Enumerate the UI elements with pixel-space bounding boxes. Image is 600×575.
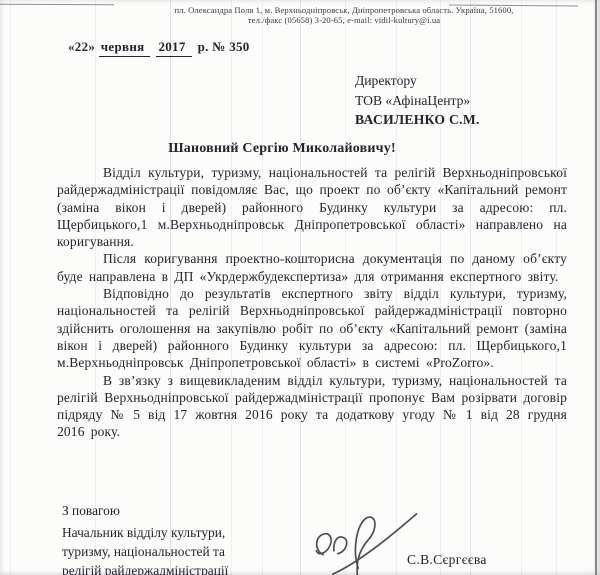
scan-page-edge [595, 0, 597, 575]
body-paragraph-1: Відділ культури, туризму, національносте… [57, 164, 567, 250]
scanned-letter-page: пл. Олександра Поля 1, м. Верхньодніпров… [0, 0, 600, 575]
reference-line: «22» червня2017р. № 350 [68, 39, 250, 57]
letterhead-address: пл. Олександра Поля 1, м. Верхньодніпров… [98, 5, 590, 15]
addressee-company: ТОВ «АфінаЦентр» [355, 91, 480, 111]
body-paragraph-2: Після коригування проектно-кошторисна до… [57, 250, 567, 285]
body-paragraph-3: Відповідно до результатів експертного зв… [57, 285, 567, 371]
reference-number: р. № 350 [198, 39, 250, 54]
addressee-role: Директору [355, 71, 480, 91]
addressee-recipient: ВАСИЛЕНКО С.М. [355, 110, 480, 130]
sender-title-line1: Начальник відділу культури, [62, 523, 302, 542]
closing-block: З повагою Начальник відділу культури, ту… [62, 501, 302, 575]
reference-day: «22» [68, 39, 95, 54]
letterhead-contact: тел./факс (05658) 3-20-65, e-mail: vidil… [98, 15, 590, 25]
letterhead-rule-left [0, 4, 114, 6]
reference-month: червня [99, 39, 151, 57]
letter-body: Відділ культури, туризму, національносте… [57, 164, 567, 441]
body-paragraph-4: В зв’язку з вищевикладеним відділ культу… [57, 372, 567, 441]
sender-name: С.В.Сєргєєва [407, 552, 487, 568]
sender-title-line3: релігій райдержадміністрації [62, 561, 302, 575]
scan-fold-line [10, 0, 11, 575]
closing-phrase: З повагою [62, 501, 302, 520]
reference-year: 2017 [156, 39, 191, 57]
letterhead: пл. Олександра Поля 1, м. Верхньодніпров… [98, 5, 590, 25]
sender-title-line2: туризму, національностей та [62, 542, 302, 561]
salutation: Шановний Сергію Миколайовичу! [57, 141, 507, 157]
addressee-block: Директору ТОВ «АфінаЦентр» ВАСИЛЕНКО С.М… [355, 71, 480, 130]
